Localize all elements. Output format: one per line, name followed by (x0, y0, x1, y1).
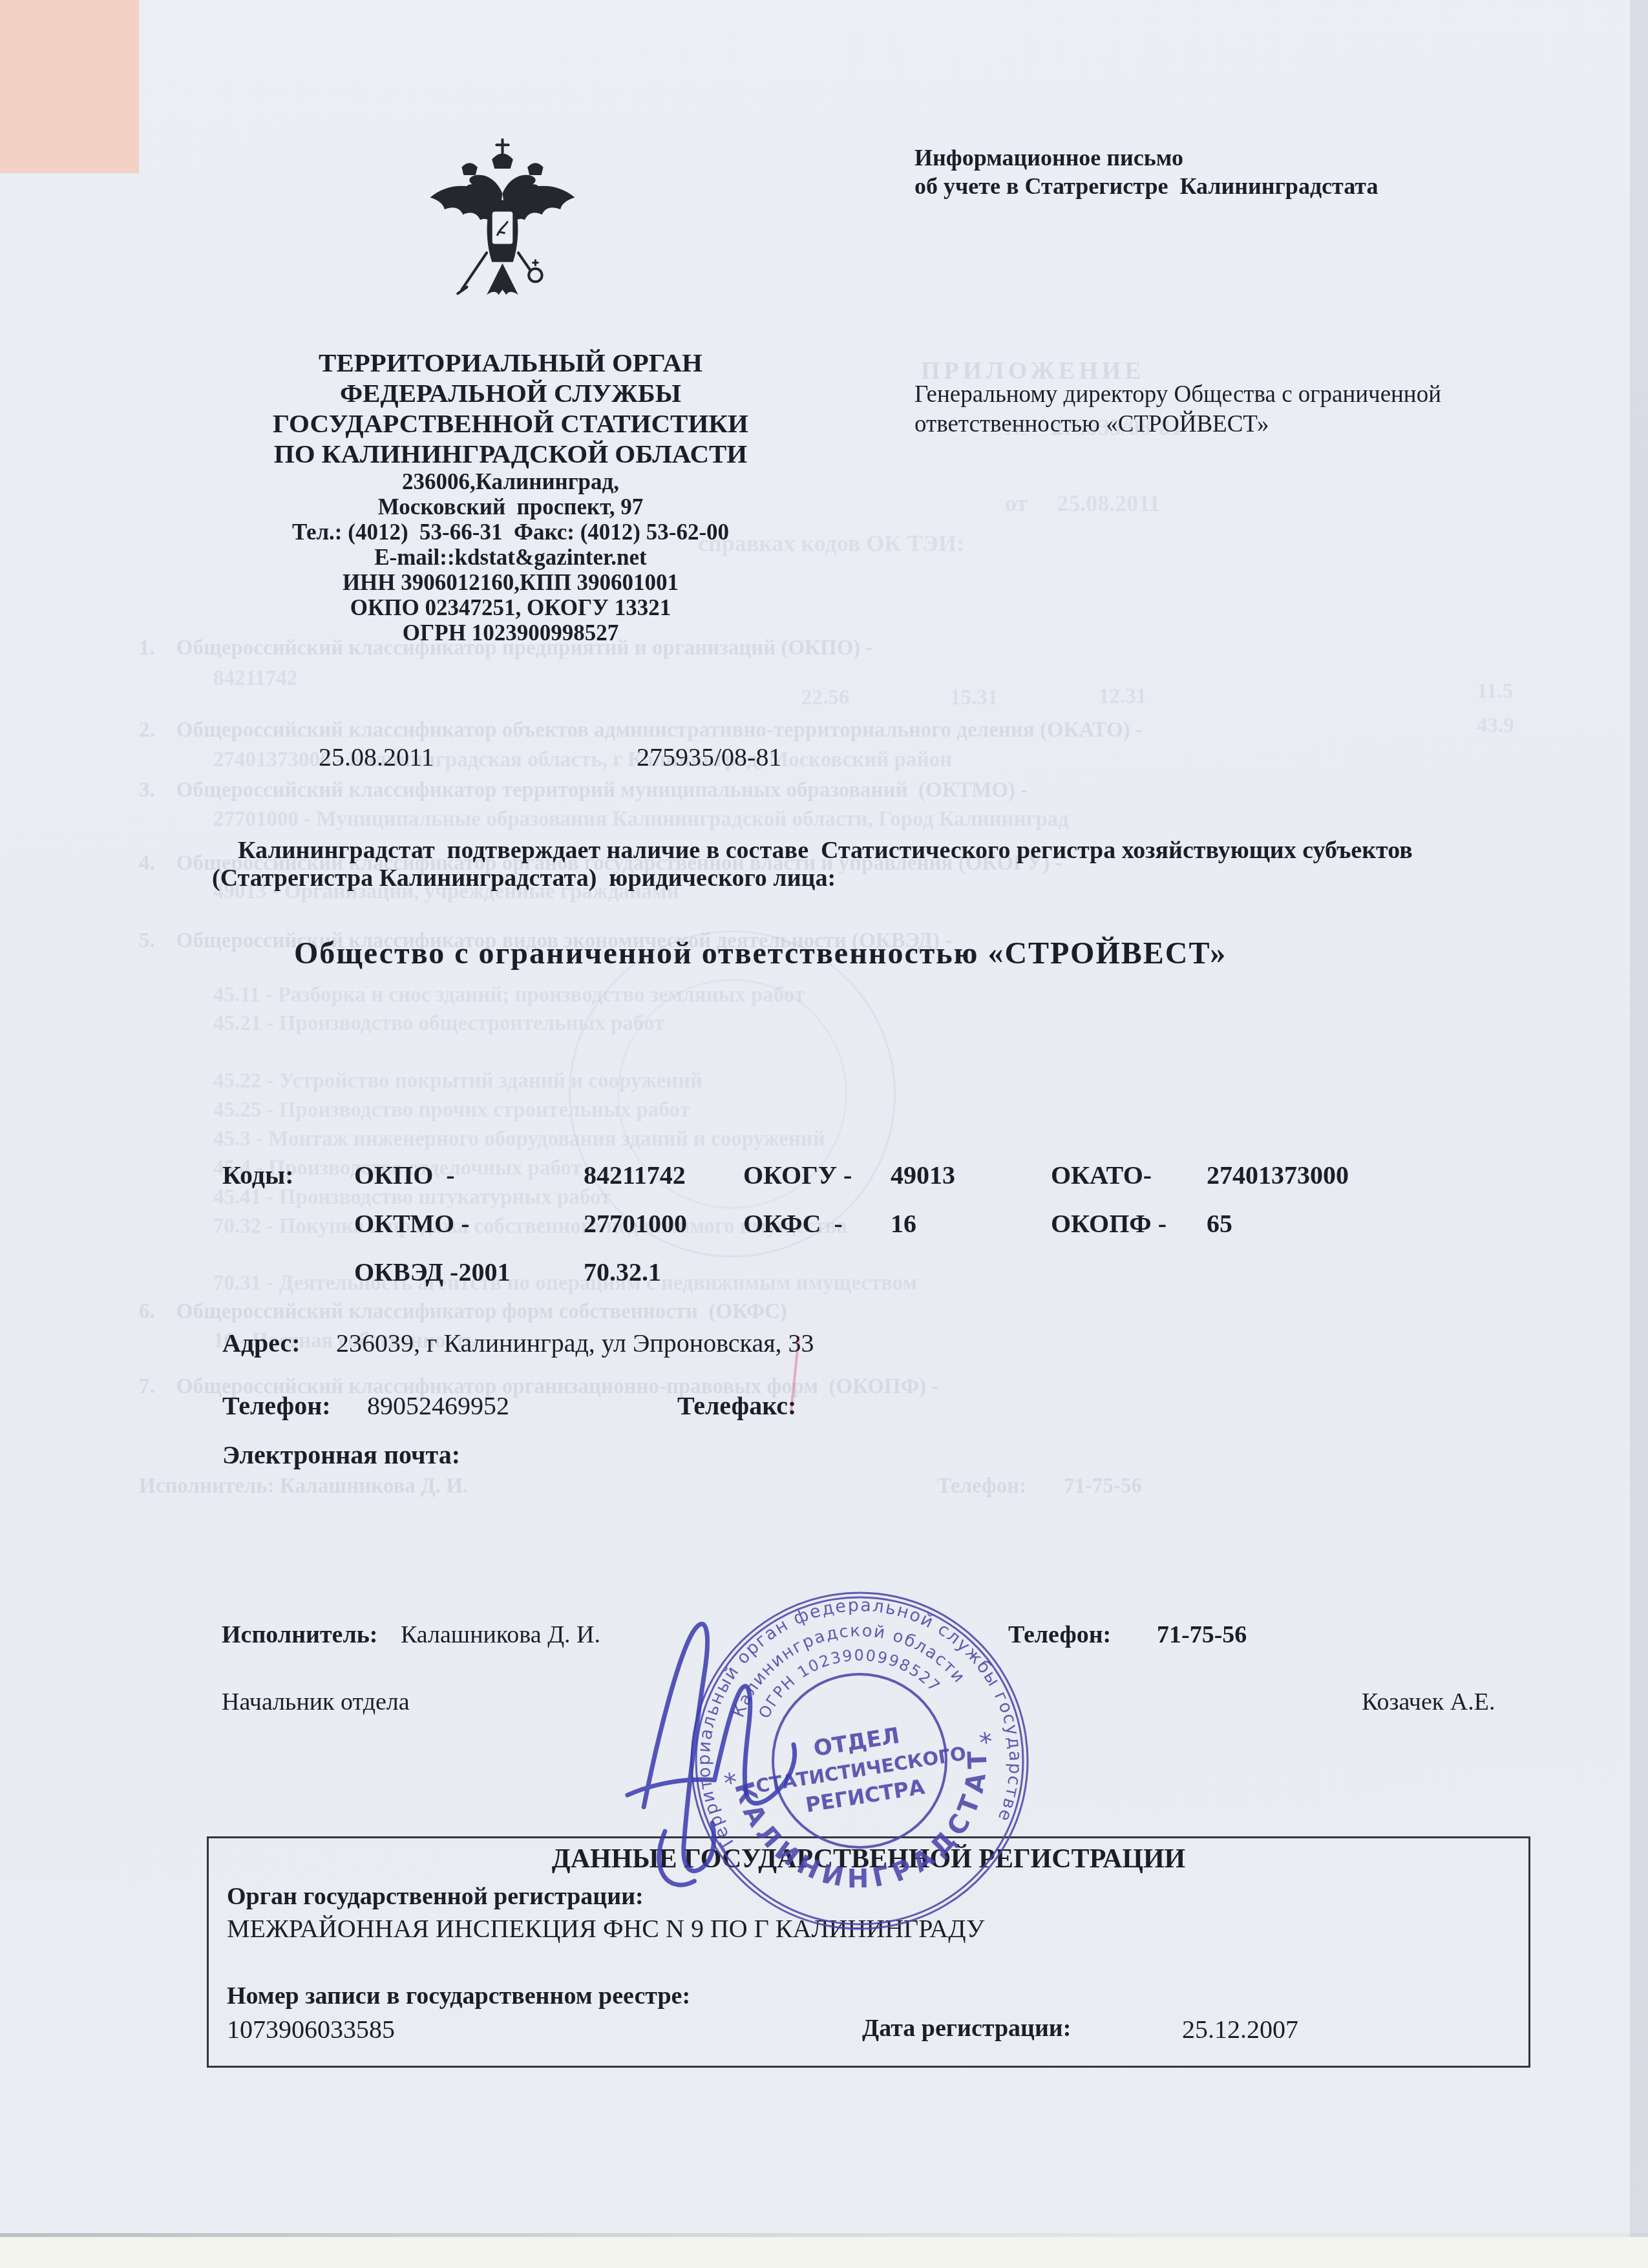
org-name-line: ГОСУДАРСТВЕННОЙ СТАТИСТИКИ (194, 408, 827, 439)
bleedthrough-text: 70.31 - Деятельность агентств по операци… (213, 1272, 917, 1296)
record-number-label: Номер записи в государственном реестре: (227, 1982, 690, 2010)
org-ogrn-line: ОГРН 1023900998527 (194, 620, 827, 646)
executor-label: Исполнитель: (222, 1621, 378, 1649)
bleedthrough-text: 45.25 - Производство прочих строительных… (213, 1098, 690, 1122)
email-label: Электронная почта: (222, 1440, 460, 1470)
phone-label: Телефон: (222, 1391, 331, 1421)
oktmo-value: 27701000 (584, 1208, 687, 1239)
okato-label: ОКАТО- (1051, 1160, 1152, 1190)
executor-phone-value: 71-75-56 (1157, 1621, 1247, 1649)
okogu-label: ОКОГУ - (743, 1160, 852, 1190)
addressee-line2: ответственностью «СТРОЙВЕСТ» (914, 410, 1509, 439)
info-letter-header: Информационное письмо об учете в Статрег… (914, 143, 1378, 200)
bleedthrough-text: 27701000 - Муниципальные образования Кал… (213, 808, 1069, 832)
registration-date-value: 25.12.2007 (1182, 2014, 1298, 2044)
okfs-label: ОКФС - (743, 1208, 843, 1239)
confirmation-line1: Калининградстат подтверждает наличие в с… (238, 837, 1413, 864)
letter-date: 25.08.2011 (319, 742, 434, 772)
org-phone-fax-line: Тел.: (4012) 53-66-31 Факс: (4012) 53-62… (194, 520, 827, 545)
head-title: Начальник отдела (222, 1688, 410, 1716)
org-email-line: E-mail::kdstat&gazinter.net (194, 545, 827, 570)
okopf-label: ОКОПФ - (1051, 1208, 1167, 1239)
bleedthrough-text: Телефон: 71-75-56 (937, 1475, 1142, 1498)
bleedthrough-text: 12.31 (1099, 685, 1146, 709)
okved-value: 70.32.1 (584, 1257, 661, 1287)
info-letter-title-line1: Информационное письмо (914, 143, 1378, 172)
addressee-block: Генеральному директору Общества с ограни… (914, 380, 1509, 439)
address-label: Адрес: (222, 1328, 301, 1358)
registration-date-label: Дата регистрации: (862, 2014, 1071, 2042)
head-name: Козачек А.Е. (1362, 1688, 1495, 1716)
bleedthrough-text: 2. Общероссийский классификатор объектов… (139, 719, 1143, 742)
phone-value: 89052469952 (367, 1391, 509, 1421)
record-number-value: 1073906033585 (227, 2014, 395, 2044)
bleedthrough-text: Исполнитель: Калашникова Д. И. (139, 1475, 468, 1498)
bleedthrough-text: 45.22 - Устройство покрытий зданий и соо… (213, 1069, 703, 1093)
russian-coat-of-arms-icon (423, 137, 582, 315)
letter-number: 275935/08-81 (637, 742, 781, 772)
bleedthrough-text: 45.11 - Разборка и снос зданий; производ… (213, 983, 805, 1007)
org-name-line: ТЕРРИТОРИАЛЬНЫЙ ОРГАН (194, 348, 827, 378)
pink-corner-note (0, 0, 139, 173)
executor-phone-label: Телефон: (1008, 1621, 1111, 1649)
letterhead: ТЕРРИТОРИАЛЬНЫЙ ОРГАН ФЕДЕРАЛЬНОЙ СЛУЖБЫ… (194, 348, 827, 646)
org-address-line: 236006,Калининград, (194, 469, 827, 494)
bleedthrough-text: 3. Общероссийский классификатор территор… (139, 779, 1028, 803)
bleedthrough-text: 84211742 (213, 667, 297, 691)
handwritten-signature (552, 1587, 850, 1909)
bleedthrough-text: 43.9 (1477, 714, 1514, 738)
okato-value: 27401373000 (1207, 1160, 1349, 1190)
okopf-value: 65 (1207, 1208, 1232, 1239)
bleedthrough-text: 11.5 (1477, 680, 1513, 704)
scanner-background-strip (0, 2237, 1648, 2268)
bleedthrough-text: от 25.08.2011 (1005, 490, 1160, 517)
confirmation-line2: (Статрегистра Калининградстата) юридичес… (212, 865, 836, 892)
okpo-label: ОКПО - (354, 1160, 455, 1190)
org-name-line: ФЕДЕРАЛЬНОЙ СЛУЖБЫ (194, 378, 827, 408)
okogu-value: 49013 (891, 1160, 955, 1190)
codes-label: Коды: (222, 1160, 294, 1190)
okved-label: ОКВЭД -2001 (354, 1257, 510, 1287)
org-name-line: ПО КАЛИНИНГРАДСКОЙ ОБЛАСТИ (194, 439, 827, 469)
okpo-value: 84211742 (584, 1160, 686, 1190)
scanned-letter-page: ПРИЛОЖЕНИЕ № 275935/08-81 от 25.08.2011 … (0, 0, 1648, 2268)
bleedthrough-text: 6. Общероссийский классификатор форм соб… (139, 1300, 787, 1324)
bleedthrough-text: 45.3 - Монтаж инженерного оборудования з… (213, 1128, 825, 1151)
bleedthrough-text: 45.21 - Производство общестроительных ра… (213, 1012, 664, 1036)
bleedthrough-text: 22.56 (801, 686, 849, 710)
fax-label: Телефакс: (677, 1391, 796, 1421)
org-address-line: Московский проспект, 97 (194, 494, 827, 520)
org-okpo-okogu-line: ОКПО 02347251, ОКОГУ 13321 (194, 595, 827, 620)
org-inn-kpp-line: ИНН 3906012160,КПП 390601001 (194, 570, 827, 595)
addressee-line1: Генеральному директору Общества с ограни… (914, 380, 1509, 410)
company-name: Общество с ограниченной ответственностью… (294, 936, 1227, 971)
bleedthrough-text: 15.31 (950, 686, 998, 710)
scan-right-edge (1630, 0, 1648, 2268)
okfs-value: 16 (891, 1208, 916, 1239)
address-value: 236039, г Калининград, ул Эпроновская, 3… (336, 1328, 814, 1358)
info-letter-title-line2: об учете в Статрегистре Калининградстата (914, 172, 1378, 200)
oktmo-label: ОКТМО - (354, 1208, 469, 1239)
